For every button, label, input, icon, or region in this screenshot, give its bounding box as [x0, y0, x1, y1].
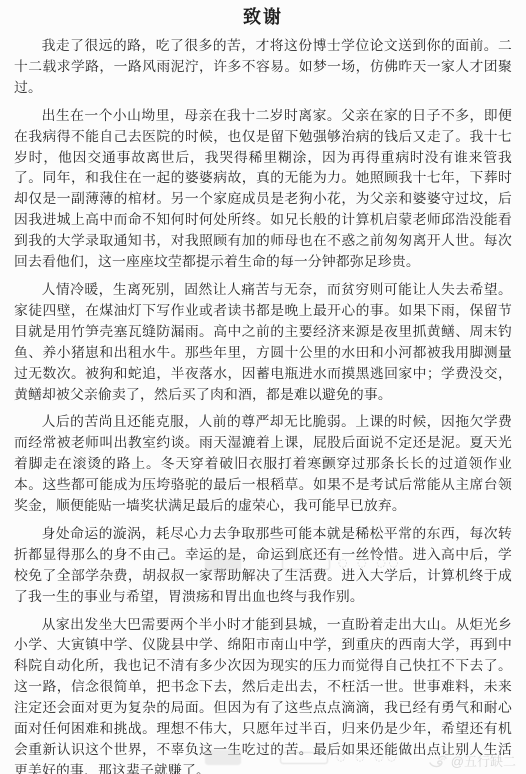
watermark-smudge: ◌ ◌ ◌◌	[336, 750, 399, 763]
watermark-smudge	[280, 752, 328, 764]
paragraph-2: 出生在一个小山坳里，母亲在我十二岁时离家。父亲在家的日子不多，即便在我病得不能自…	[14, 106, 512, 273]
page-title: 致谢	[14, 5, 512, 29]
paragraph-5: 身处命运的漩涡，耗尽心力去争取那些可能本就是稀松平常的东西，每次转折都显得那么的…	[14, 524, 512, 608]
watermark-smudge: ◌ ◌ ◌◌	[338, 556, 401, 569]
watermark-smudge	[205, 556, 241, 571]
author-watermark: @五行缺二	[428, 751, 516, 770]
author-handle: @五行缺二	[451, 751, 516, 770]
document-page: 致谢 我走了很远的路，吃了很多的苦，才将这份博士学位论文送到你的面前。二十二载求…	[0, 0, 526, 774]
paragraph-4: 人后的苦尚且还能克服，人前的尊严却无比脆弱。上课的时候，因拖欠学费而经常被老师叫…	[14, 412, 512, 517]
paragraph-3: 人情冷暖，生离死别，固然让人痛苦与无奈，而贫穷则可能让人失去希望。家徒四壁，在煤…	[14, 280, 512, 405]
paragraph-1: 我走了很远的路，吃了很多的苦，才将这份博士学位论文送到你的面前。二十二载求学路，…	[14, 36, 512, 99]
watermark-smudge	[205, 750, 241, 765]
weibo-eye-icon	[428, 753, 448, 769]
watermark-smudge	[282, 558, 330, 570]
